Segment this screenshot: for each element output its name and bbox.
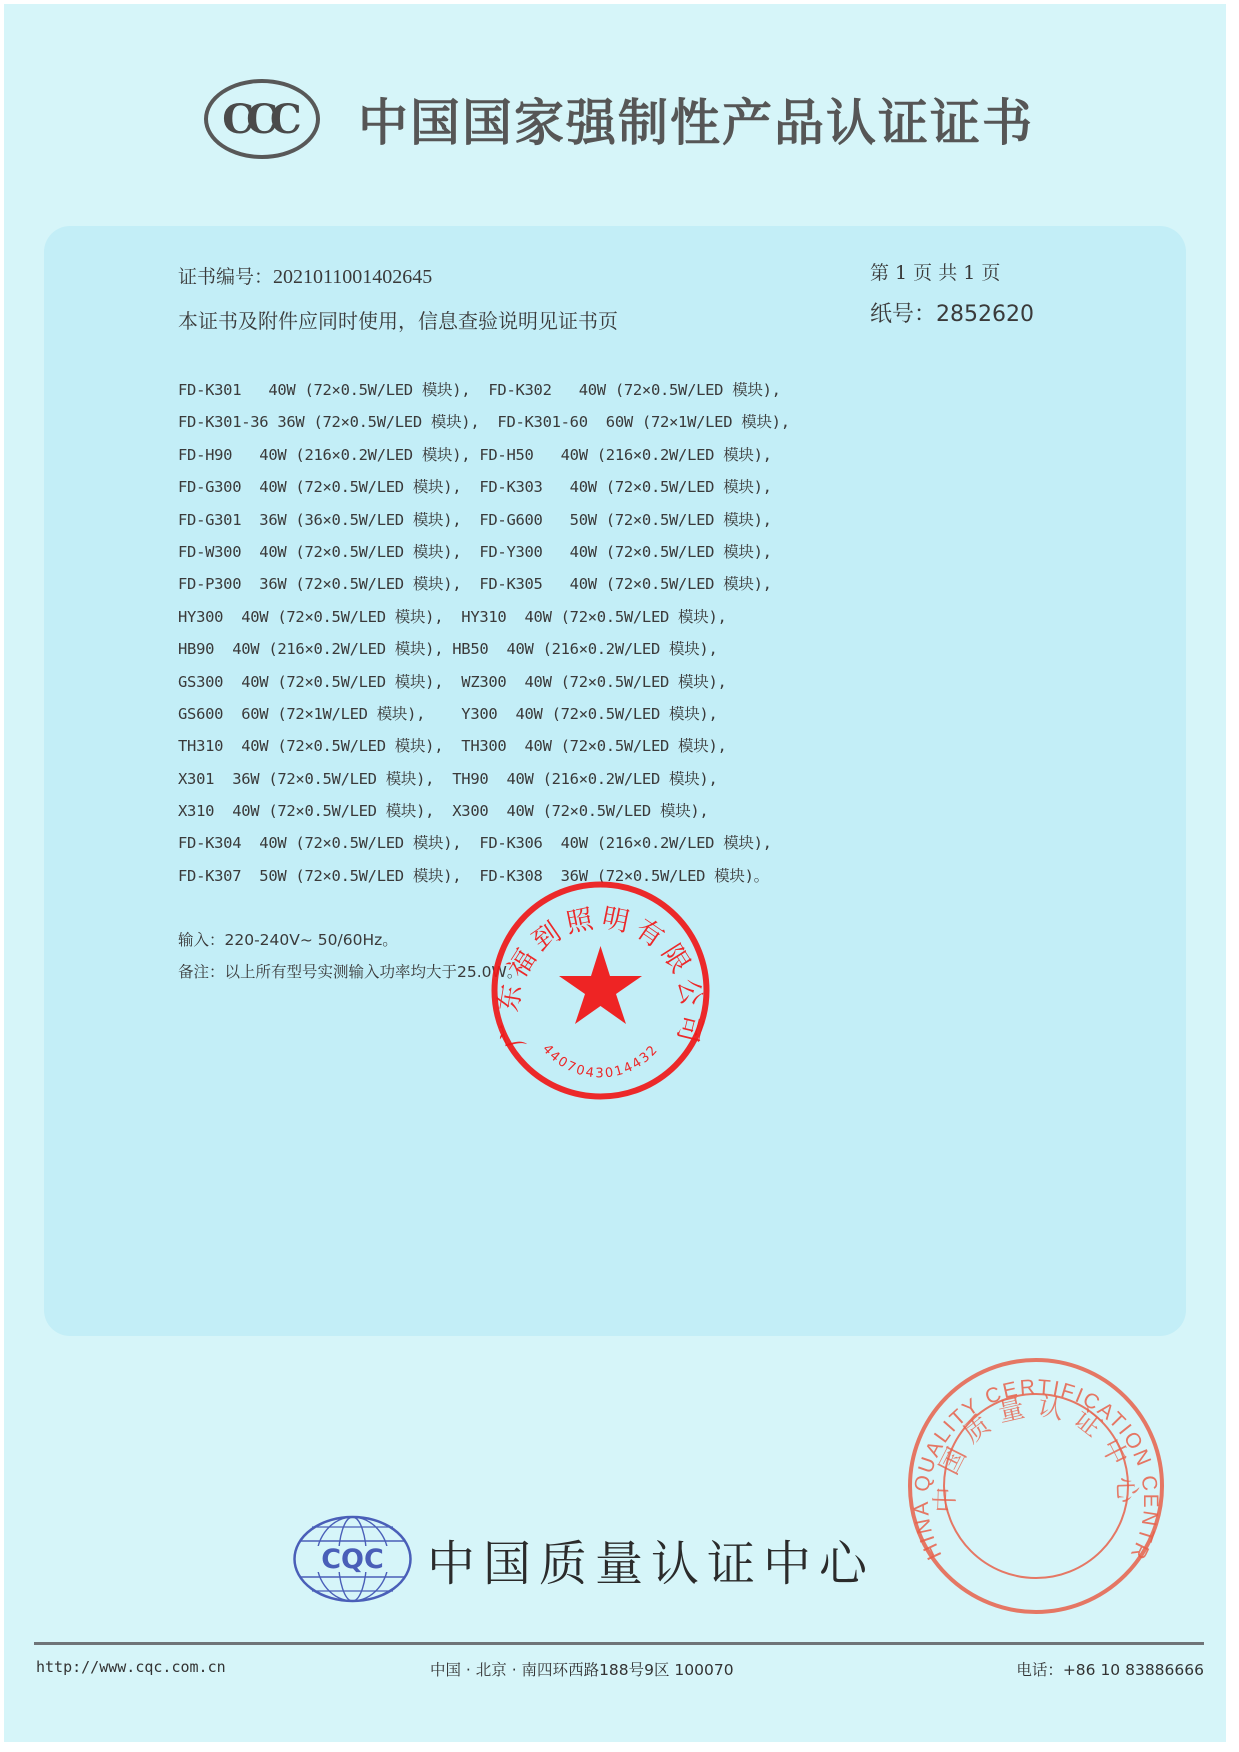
model-line: X301 36W (72×0.5W/LED 模块), TH90 40W (216… xyxy=(178,767,790,799)
star-icon xyxy=(559,946,642,1024)
phone: 电话：+86 10 83886666 xyxy=(1016,1658,1204,1680)
certificate-header: CCC 中国国家强制性产品认证证书 xyxy=(204,79,1034,159)
footer-divider xyxy=(34,1642,1204,1645)
model-line: FD-W300 40W (72×0.5W/LED 模块), FD-Y300 40… xyxy=(178,540,790,572)
model-line: FD-H90 40W (216×0.2W/LED 模块), FD-H50 40W… xyxy=(178,443,790,475)
certificate-title: 中国国家强制性产品认证证书 xyxy=(358,83,1034,155)
cqc-brand: CQC 中国质量认证中心 xyxy=(290,1513,875,1605)
cqc-globe-logo-icon: CQC xyxy=(290,1513,415,1605)
ccc-logo-icon: CCC xyxy=(204,79,320,159)
input-rating: 输入：220-240V~ 50/60Hz。 xyxy=(178,928,522,960)
cqc-name: 中国质量认证中心 xyxy=(427,1525,875,1594)
model-line: GS300 40W (72×0.5W/LED 模块), WZ300 40W (7… xyxy=(178,670,790,702)
svg-text:4407043014432: 4407043014432 xyxy=(539,1042,662,1082)
certificate-meta-right: 第 1 页 共 1 页 纸号：2852620 xyxy=(870,258,1034,328)
model-line: FD-G300 40W (72×0.5W/LED 模块), FD-K303 40… xyxy=(178,475,790,507)
model-line: HB90 40W (216×0.2W/LED 模块), HB50 40W (21… xyxy=(178,637,790,669)
paper-no: 2852620 xyxy=(936,302,1034,327)
model-line: HY300 40W (72×0.5W/LED 模块), HY310 40W (7… xyxy=(178,605,790,637)
model-line: X310 40W (72×0.5W/LED 模块), X300 40W (72×… xyxy=(178,799,790,831)
website-link[interactable]: http://www.cqc.com.cn xyxy=(36,1658,226,1676)
usage-note: 本证书及附件应同时使用，信息查验说明见证书页 xyxy=(178,305,618,334)
address: 中国 · 北京 · 南四环西路188号9区 100070 xyxy=(430,1658,734,1680)
certificate-meta-left: 证书编号：2021011001402645 本证书及附件应同时使用，信息查验说明… xyxy=(178,262,618,334)
company-seal-stamp: 广东福到照明有限公司 4407043014432 xyxy=(488,878,713,1103)
cqc-seal-stamp: CHINA QUALITY CERTIFICATION CENTRE 中国质量认… xyxy=(905,1355,1167,1617)
remark: 备注：以上所有型号实测输入功率均大于25.0W。 xyxy=(178,960,522,992)
paper-no-label: 纸号： xyxy=(870,302,936,327)
certificate-no-label: 证书编号： xyxy=(178,266,273,288)
model-line: FD-P300 36W (72×0.5W/LED 模块), FD-K305 40… xyxy=(178,572,790,604)
model-line: TH310 40W (72×0.5W/LED 模块), TH300 40W (7… xyxy=(178,734,790,766)
model-line: FD-K301 40W (72×0.5W/LED 模块), FD-K302 40… xyxy=(178,378,790,410)
model-list: FD-K301 40W (72×0.5W/LED 模块), FD-K302 40… xyxy=(178,378,790,896)
model-line: GS600 60W (72×1W/LED 模块), Y300 40W (72×0… xyxy=(178,702,790,734)
model-line: FD-K301-36 36W (72×0.5W/LED 模块), FD-K301… xyxy=(178,410,790,442)
model-line: FD-G301 36W (36×0.5W/LED 模块), FD-G600 50… xyxy=(178,508,790,540)
page-info: 第 1 页 共 1 页 xyxy=(870,258,1034,285)
svg-text:CQC: CQC xyxy=(321,1544,384,1575)
model-line: FD-K304 40W (72×0.5W/LED 模块), FD-K306 40… xyxy=(178,831,790,863)
certificate-no: 2021011001402645 xyxy=(273,266,432,288)
notes: 输入：220-240V~ 50/60Hz。 备注：以上所有型号实测输入功率均大于… xyxy=(178,928,522,992)
